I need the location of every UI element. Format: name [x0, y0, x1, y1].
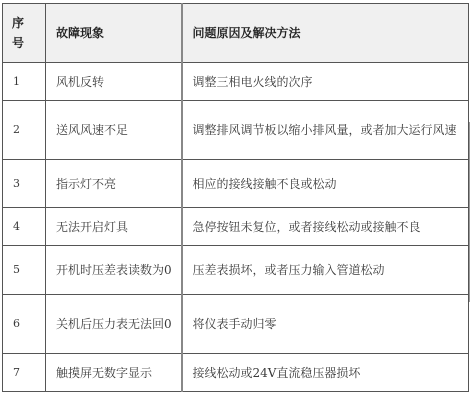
- row-number: 6: [3, 295, 46, 354]
- header-seq-line1: 序: [12, 13, 45, 33]
- fault-cell: 送风风速不足: [46, 101, 182, 160]
- solution-cell: 急停按钮未复位，或者接线松动或接触不良: [182, 208, 469, 246]
- header-fault: 故障现象: [46, 4, 182, 63]
- fault-cell: 关机后压力表无法回0: [46, 295, 182, 354]
- solution-cell: 接线松动或24V直流稳压器损坏: [182, 354, 469, 392]
- solution-cell: 将仪表手动归零: [182, 295, 469, 354]
- fault-troubleshooting-table-container: 序 号 故障现象 问题原因及解决方法 1 风机反转 调整三相电火线的次序 2 送…: [2, 3, 468, 392]
- table-row: 4 无法开启灯具 急停按钮未复位，或者接线松动或接触不良: [3, 208, 469, 246]
- table-row: 7 触摸屏无数字显示 接线松动或24V直流稳压器损坏: [3, 354, 469, 392]
- solution-cell: 调整排风调节板以缩小排风量，或者加大运行风速: [182, 101, 469, 160]
- row-number: 3: [3, 160, 46, 208]
- fault-cell: 开机时压差表读数为0: [46, 246, 182, 295]
- row-number: 5: [3, 246, 46, 295]
- row-number: 1: [3, 63, 46, 101]
- table-header-row: 序 号 故障现象 问题原因及解决方法: [3, 4, 469, 63]
- fault-troubleshooting-table: 序 号 故障现象 问题原因及解决方法 1 风机反转 调整三相电火线的次序 2 送…: [2, 3, 469, 392]
- header-seq-line2: 号: [12, 33, 45, 53]
- table-row: 1 风机反转 调整三相电火线的次序: [3, 63, 469, 101]
- header-solution: 问题原因及解决方法: [182, 4, 469, 63]
- table-row: 3 指示灯不亮 相应的接线接触不良或松动: [3, 160, 469, 208]
- row-number: 2: [3, 101, 46, 160]
- header-seq: 序 号: [3, 4, 46, 63]
- fault-cell: 触摸屏无数字显示: [46, 354, 182, 392]
- fault-cell: 风机反转: [46, 63, 182, 101]
- row-number: 4: [3, 208, 46, 246]
- fault-cell: 无法开启灯具: [46, 208, 182, 246]
- solution-cell: 相应的接线接触不良或松动: [182, 160, 469, 208]
- table-row: 2 送风风速不足 调整排风调节板以缩小排风量，或者加大运行风速: [3, 101, 469, 160]
- solution-cell: 压差表损坏，或者压力输入管道松动: [182, 246, 469, 295]
- table-row: 6 关机后压力表无法回0 将仪表手动归零: [3, 295, 469, 354]
- scrollbar-track[interactable]: [469, 122, 470, 302]
- solution-cell: 调整三相电火线的次序: [182, 63, 469, 101]
- table-row: 5 开机时压差表读数为0 压差表损坏，或者压力输入管道松动: [3, 246, 469, 295]
- fault-cell: 指示灯不亮: [46, 160, 182, 208]
- row-number: 7: [3, 354, 46, 392]
